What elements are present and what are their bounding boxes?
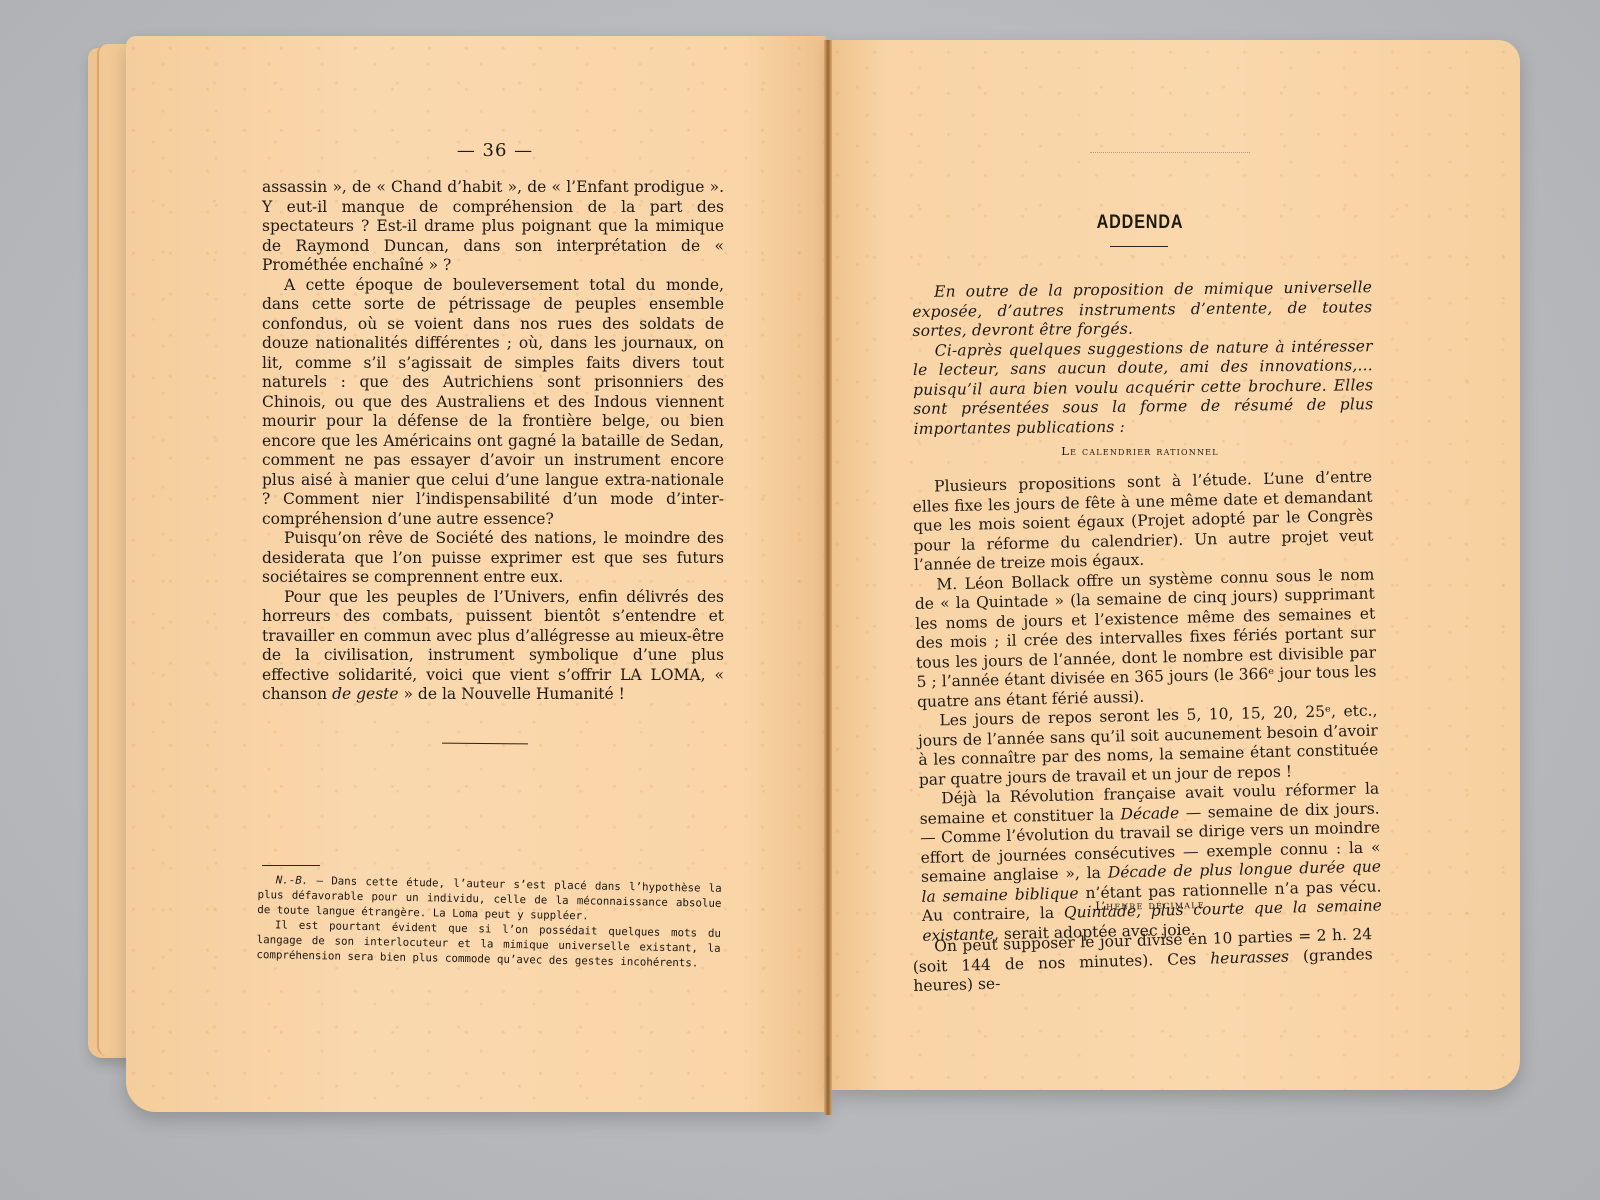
addenda-intro: En outre de la proposition de mimique un… [912,278,1374,439]
italic-text: Décade [1120,804,1179,823]
text: — Dans cette étude, l’auteur s’est placé… [257,874,722,922]
page-number: — 36 — [430,140,560,161]
left-body-text: assassin », de « Chand d’habit », de « l… [262,178,724,705]
paragraph: A cette époque de bouleversement total d… [262,276,724,530]
paragraph-decade: Déjà la Révolution française avait voulu… [919,779,1382,945]
text: » de la Nouvelle Humanité ! [404,685,625,703]
paragraph: Plusieurs propositions sont à l’étude. L… [912,468,1374,576]
italic-text: heurasses [1210,947,1289,967]
paragraph: M. Léon Bollack offre un système connu s… [914,565,1377,712]
footnote-rule [262,865,320,866]
paragraph: assassin », de « Chand d’habit », de « l… [262,178,724,276]
footnote-paragraph: Il est pourtant évident que si l’on poss… [256,917,721,971]
faint-running-header [1090,152,1250,155]
page-title: ADDENDA [1055,212,1225,234]
paragraph: Puisqu’on rêve de Société des nations, l… [262,529,724,588]
italic-text: de geste [332,685,398,703]
book-gutter [824,40,832,1115]
paragraph-la-loma: Pour que les peuples de l’Univers, enfin… [262,588,724,705]
paragraph: En outre de la proposition de mimique un… [912,278,1373,341]
paragraph: Ci-après quelques suggestions de nature … [913,337,1374,439]
footnote: N.-B. — Dans cette étude, l’auteur s’est… [256,872,722,971]
paragraph: Les jours de repos seront les 5, 10, 15,… [917,702,1379,790]
title-rule [1110,246,1168,247]
calendrier-section-text: Plusieurs propositions sont à l’étude. L… [912,468,1382,946]
footnote-lead: N.-B. [276,873,309,887]
section-heading-calendrier: Le calendrier rationnel [990,444,1290,458]
